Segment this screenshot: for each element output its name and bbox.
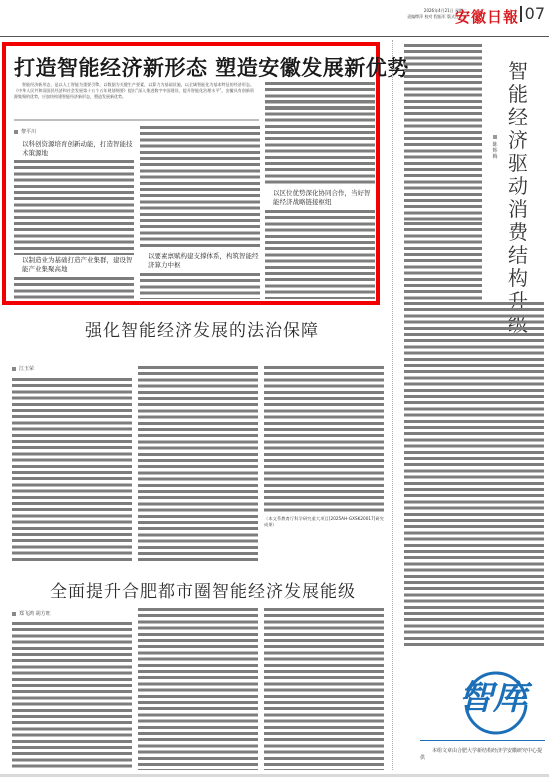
- byline-marker-icon: [12, 367, 16, 371]
- hefei-text-col2: [138, 608, 258, 770]
- legal-text-col2: [138, 366, 258, 564]
- lead-subhead-4: 以区位优势深化协同合作，当好智能经济战略链接枢纽: [273, 189, 375, 207]
- lead-intro-rule: [14, 119, 259, 121]
- newspaper-logo: 安徽日報: [455, 6, 519, 27]
- vertical-title-char: 消: [506, 198, 530, 221]
- lead-text-col3-bottom: [265, 210, 375, 299]
- legal-text-col1: [12, 378, 132, 564]
- right-article-text-top: [404, 44, 482, 222]
- vertical-title-char: 结: [506, 244, 530, 267]
- right-article-text-mid: [404, 222, 482, 302]
- hefei-byline: 郑飞鸿 胡方旺: [12, 610, 51, 617]
- lead-text-col1-bottom: [14, 277, 134, 299]
- lead-subhead-2: 以制造业为基础打造产业集群，建设智能产业集聚高地: [22, 256, 136, 274]
- vertical-title-char: 费: [506, 221, 530, 244]
- lead-text-col1: [14, 160, 134, 255]
- vertical-title-char: 智: [506, 60, 530, 83]
- vertical-title-char: 构: [506, 267, 530, 290]
- hefei-text-col1: [12, 622, 132, 770]
- legal-text-col3: [264, 366, 384, 514]
- hefei-article-title: 全面提升合肥都市圈智能经济发展能级: [50, 577, 356, 602]
- vertical-title-char: 驱: [506, 152, 530, 175]
- right-article-byline: 陈辉梅: [491, 135, 499, 160]
- hefei-text-col3: [264, 608, 384, 770]
- think-tank-logo: 智库: [446, 665, 541, 740]
- logo-rule: [420, 740, 545, 741]
- lead-text-col3: [265, 100, 375, 185]
- vertical-title-char: 能: [506, 83, 530, 106]
- lead-text-col2-bottom: [140, 273, 260, 299]
- zhiku-logo-icon: 智库: [446, 665, 541, 740]
- lead-text-col2: [140, 126, 260, 250]
- vertical-title-char: 动: [506, 175, 530, 198]
- legal-funding-note: （本文系教育厅科学研究重大项目[2025AH-GXSK20017]研究成果）: [264, 516, 384, 532]
- byline-marker-icon: [493, 135, 497, 139]
- vertical-title-char: 经: [506, 106, 530, 129]
- legal-byline: 江玉荣: [12, 365, 34, 372]
- right-article-title: 智能经济驱动消费结构升级: [506, 60, 530, 336]
- lead-byline: 黎平川: [14, 128, 36, 135]
- byline-marker-icon: [14, 130, 18, 134]
- svg-text:智库: 智库: [459, 678, 533, 718]
- legal-article-title: 强化智能经济发展的法治保障: [85, 316, 319, 341]
- vertical-title-char: 济: [506, 129, 530, 152]
- lead-article-intro: 智能经济新形态，是以人工智能为重要引擎，以数据为关键生产要素，以算力为基础设施，…: [14, 82, 254, 114]
- page-number: 07: [520, 6, 545, 22]
- lead-subhead-1: 以科创资源培育创新动能，打造智能技术策源地: [22, 140, 136, 158]
- right-article-text-wide: [404, 302, 544, 648]
- lead-subhead-3: 以要素禀赋构建支撑体系，构筑智能经济算力中枢: [148, 252, 260, 270]
- masthead: 2026年4月21日 星期二 责编缪萍 校对 程振军 版式庄艺林 安徽日報 07: [0, 0, 549, 37]
- lead-article-title: 打造智能经济新形态 塑造安徽发展新优势: [14, 52, 374, 82]
- column-credit: 本组文章由合肥大学新结构经济学安徽研究中心提供: [420, 748, 545, 762]
- byline-marker-icon: [12, 612, 16, 616]
